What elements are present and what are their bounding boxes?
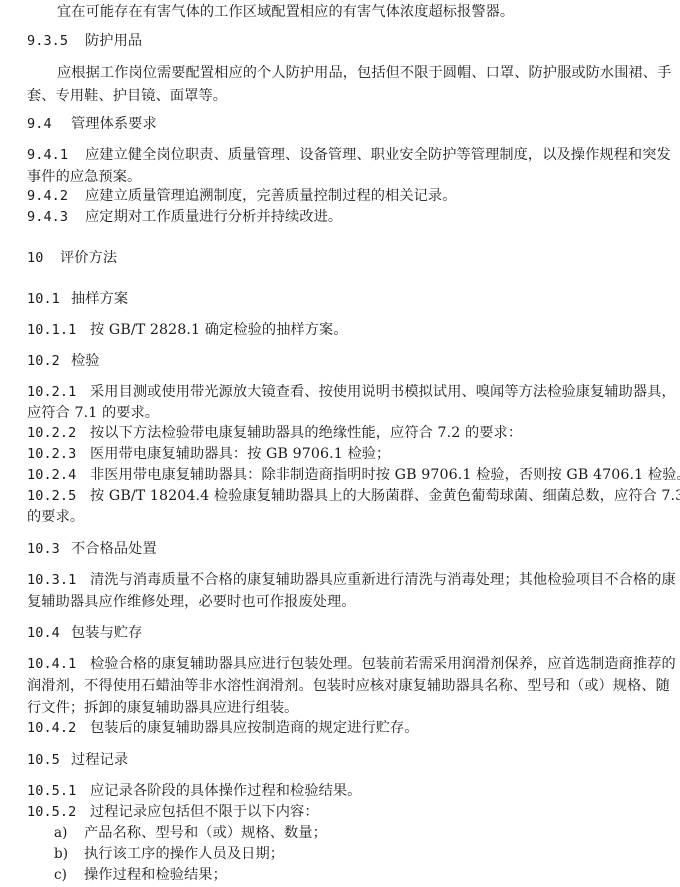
- clause-number: 10.2.5: [27, 487, 90, 505]
- paragraph-line: 润滑剂，不得使用石蜡油等非水溶性润滑剂。包装时应核对康复辅助器具名称、型号和（或…: [27, 677, 670, 695]
- clause-text: 采用目测或使用带光源放大镜查看、按使用说明书模拟试用、嗅闻等方法检验康复辅助器具…: [90, 384, 676, 400]
- heading-number: 10.2: [27, 352, 71, 370]
- heading-title: 过程记录: [71, 752, 128, 768]
- clause-10-2-5: 10.2.5按 GB/T 18204.4 检验康复辅助器具上的大肠菌群、金黄色葡…: [27, 487, 680, 505]
- clause-text: 非医用带电康复辅助器具：除非制造商指明时按 GB 9706.1 检验，否则按 G…: [90, 467, 680, 483]
- clause-10-2-3: 10.2.3医用带电康复辅助器具：按 GB 9706.1 检验；: [27, 445, 390, 463]
- list-item-text: 产品名称、型号和（或）规格、数量；: [84, 825, 327, 841]
- list-marker: a): [54, 824, 84, 842]
- heading-number: 10.3: [27, 540, 71, 558]
- paragraph-line: 事件的应急预案。: [27, 168, 141, 186]
- heading-title: 抽样方案: [71, 291, 128, 307]
- paragraph-line: 应符合 7.1 的要求。: [27, 404, 159, 422]
- list-item: a)产品名称、型号和（或）规格、数量；: [54, 824, 327, 842]
- clause-text: 应建立质量管理追溯制度，完善质量控制过程的相关记录。: [85, 188, 456, 204]
- clause-10-2-2: 10.2.2按以下方法检验带电康复辅助器具的绝缘性能，应符合 7.2 的要求：: [27, 424, 522, 442]
- clause-10-5-2: 10.5.2过程记录应包括但不限于以下内容：: [27, 803, 319, 821]
- clause-number: 9.4.1: [27, 146, 85, 164]
- heading-title: 不合格品处置: [71, 541, 157, 557]
- clause-10-4-1: 10.4.1检验合格的康复辅助器具应进行包装处理。包装前若需采用润滑剂保养，应首…: [27, 655, 676, 673]
- list-marker: b): [54, 845, 84, 863]
- list-item: b)执行该工序的操作人员及日期；: [54, 845, 284, 863]
- heading-title: 防护用品: [85, 33, 142, 49]
- list-item: c)操作过程和检验结果；: [54, 866, 227, 884]
- clause-number: 9.4.2: [27, 187, 85, 205]
- paragraph-line: 行文件；拆卸的康复辅助器具应进行组装。: [27, 699, 298, 717]
- list-item-text: 操作过程和检验结果；: [84, 867, 227, 883]
- clause-10-1-1: 10.1.1按 GB/T 2828.1 确定检验的抽样方案。: [27, 321, 348, 339]
- clause-10-5-1: 10.5.1应记录各阶段的具体操作过程和检验结果。: [27, 782, 361, 800]
- clause-text: 包装后的康复辅助器具应按制造商的规定进行贮存。: [90, 720, 419, 736]
- clause-number: 10.5.1: [27, 782, 90, 800]
- clause-text: 应记录各阶段的具体操作过程和检验结果。: [90, 783, 361, 799]
- paragraph-line: 套、专用鞋、护目镜、面罩等。: [27, 87, 227, 105]
- paragraph-line: 应根据工作岗位需要配置相应的个人防护用品，包括但不限于圆帽、口罩、防护服或防水围…: [57, 64, 671, 82]
- clause-9-4-1: 9.4.1应建立健全岗位职责、质量管理、设备管理、职业安全防护等管理制度，以及操…: [27, 146, 671, 164]
- heading-number: 9.3.5: [27, 32, 85, 50]
- heading-10-2: 10.2检验: [27, 352, 100, 370]
- heading-title: 包装与贮存: [71, 625, 142, 641]
- heading-9-4: 9.4管理体系要求: [27, 115, 157, 133]
- clause-10-2-4: 10.2.4非医用带电康复辅助器具：除非制造商指明时按 GB 9706.1 检验…: [27, 466, 680, 484]
- clause-number: 9.4.3: [27, 208, 85, 226]
- clause-number: 10.2.3: [27, 445, 90, 463]
- heading-number: 9.4: [27, 115, 71, 133]
- clause-9-4-3: 9.4.3应定期对工作质量进行分析并持续改进。: [27, 208, 342, 226]
- heading-10-5: 10.5过程记录: [27, 751, 128, 769]
- heading-title: 检验: [71, 353, 100, 369]
- heading-10-4: 10.4包装与贮存: [27, 624, 142, 642]
- clause-text: 清洗与消毒质量不合格的康复辅助器具应重新进行清洗与消毒处理；其他检验项目不合格的…: [90, 572, 676, 588]
- paragraph-line: 复辅助器具应作维修处理，必要时也可作报废处理。: [27, 593, 356, 611]
- heading-title: 管理体系要求: [71, 116, 157, 132]
- clause-text: 应建立健全岗位职责、质量管理、设备管理、职业安全防护等管理制度，以及操作规程和突…: [85, 147, 671, 163]
- clause-number: 10.1.1: [27, 321, 90, 339]
- heading-number: 10.5: [27, 751, 71, 769]
- clause-number: 10.2.1: [27, 383, 90, 401]
- clause-number: 10.4.2: [27, 719, 90, 737]
- clause-text: 按以下方法检验带电康复辅助器具的绝缘性能，应符合 7.2 的要求：: [90, 425, 522, 441]
- heading-number: 10: [27, 249, 60, 267]
- heading-title: 评价方法: [60, 250, 117, 266]
- clause-number: 10.2.2: [27, 424, 90, 442]
- clause-text: 按 GB/T 18204.4 检验康复辅助器具上的大肠菌群、金黄色葡萄球菌、细菌…: [90, 488, 680, 504]
- clause-9-4-2: 9.4.2应建立质量管理追溯制度，完善质量控制过程的相关记录。: [27, 187, 456, 205]
- clause-text: 医用带电康复辅助器具：按 GB 9706.1 检验；: [90, 446, 390, 462]
- clause-10-3-1: 10.3.1清洗与消毒质量不合格的康复辅助器具应重新进行清洗与消毒处理；其他检验…: [27, 571, 676, 589]
- clause-10-2-1: 10.2.1采用目测或使用带光源放大镜查看、按使用说明书模拟试用、嗅闻等方法检验…: [27, 383, 676, 401]
- paragraph-line: 的要求。: [27, 508, 84, 526]
- paragraph-line: 宜在可能存在有害气体的工作区域配置相应的有害气体浓度超标报警器。: [57, 3, 514, 21]
- heading-10-3: 10.3不合格品处置: [27, 540, 157, 558]
- clause-10-4-2: 10.4.2包装后的康复辅助器具应按制造商的规定进行贮存。: [27, 719, 419, 737]
- clause-number: 10.4.1: [27, 655, 90, 673]
- clause-text: 过程记录应包括但不限于以下内容：: [90, 804, 319, 820]
- heading-number: 10.1: [27, 290, 71, 308]
- clause-text: 检验合格的康复辅助器具应进行包装处理。包装前若需采用润滑剂保养，应首选制造商推荐…: [90, 656, 676, 672]
- list-marker: c): [54, 866, 84, 884]
- heading-number: 10.4: [27, 624, 71, 642]
- clause-number: 10.3.1: [27, 571, 90, 589]
- heading-9-3-5: 9.3.5防护用品: [27, 32, 142, 50]
- heading-10: 10评价方法: [27, 249, 117, 267]
- clause-number: 10.5.2: [27, 803, 90, 821]
- clause-number: 10.2.4: [27, 466, 90, 484]
- clause-text: 按 GB/T 2828.1 确定检验的抽样方案。: [90, 322, 348, 338]
- clause-text: 应定期对工作质量进行分析并持续改进。: [85, 209, 342, 225]
- list-item-text: 执行该工序的操作人员及日期；: [84, 846, 284, 862]
- heading-10-1: 10.1抽样方案: [27, 290, 128, 308]
